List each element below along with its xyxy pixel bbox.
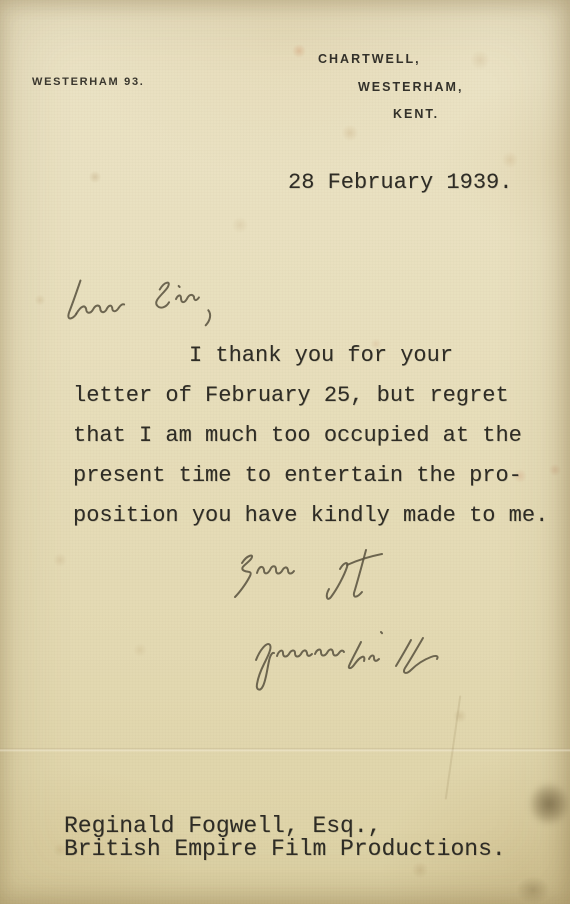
body-line: I thank you for your [73, 336, 548, 376]
ink-stroke [176, 295, 199, 303]
phone-number-line: WESTERHAM 93. [32, 76, 145, 88]
date-line: 28 February 1939. [288, 170, 512, 195]
letterhead-line-3: KENT. [393, 107, 439, 121]
letter-body: I thank you for yourletter of February 2… [73, 336, 548, 536]
body-line: present time to entertain the pro- [73, 456, 548, 496]
ink-stroke [277, 650, 312, 656]
ink-stroke [179, 286, 180, 287]
fold-crease [0, 748, 570, 752]
letterhead-line-1: CHARTWELL, [318, 52, 421, 66]
ink-stroke [256, 644, 274, 690]
ink-stroke [76, 304, 124, 314]
ink-stroke [369, 655, 379, 660]
recipient-line: British Empire Film Productions. [64, 838, 506, 861]
recipient-block: Reginald Fogwell, Esq.,British Empire Fi… [64, 815, 506, 861]
body-line: that I am much too occupied at the [73, 416, 548, 456]
ink-stroke [327, 563, 348, 599]
ink-stroke [205, 310, 210, 325]
ink-stroke [235, 556, 252, 597]
body-line: position you have kindly made to me. [73, 496, 548, 536]
ink-stroke [67, 281, 81, 319]
recipient-line: Reginald Fogwell, Esq., [64, 815, 506, 838]
closing-handwriting [226, 543, 406, 613]
ink-stroke [156, 283, 170, 308]
ink-stroke [315, 649, 344, 655]
ink-stroke [257, 566, 294, 573]
ink-stroke [349, 642, 365, 668]
signature-handwriting [243, 626, 458, 701]
ink-stroke [381, 632, 382, 633]
ink-stroke [354, 550, 366, 597]
body-line: letter of February 25, but regret [73, 376, 548, 416]
paper-scratch [445, 695, 462, 799]
letterhead-line-2: WESTERHAM, [358, 80, 463, 94]
salutation-handwriting [47, 268, 234, 333]
ink-stain [528, 782, 570, 826]
letter-scan: WESTERHAM 93. CHARTWELL, WESTERHAM, KENT… [0, 0, 570, 904]
